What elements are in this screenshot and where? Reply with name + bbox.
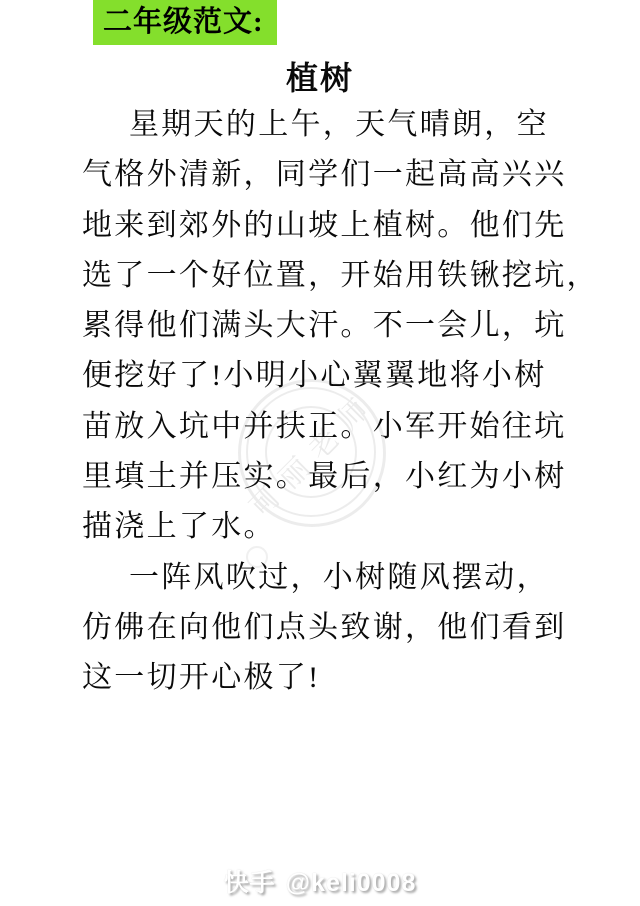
- essay-title: 植树: [0, 53, 640, 99]
- kuaishou-watermark: 快手@keli0008: [0, 863, 640, 899]
- kuaishou-brand-text: 快手: [224, 869, 276, 897]
- essay-line: 地来到郊外的山坡上植树。他们先: [82, 201, 622, 251]
- essay-line: 星期天的上午，天气晴朗，空: [82, 100, 622, 150]
- grade-label-highlight: 二年级范文:: [93, 0, 277, 45]
- kuaishou-handle-text: @keli0008: [286, 869, 417, 897]
- essay-line: 一阵风吹过，小树随风摆动，: [82, 553, 622, 603]
- essay-line: 气格外清新，同学们一起高高兴兴: [82, 150, 622, 200]
- essay-line: 选了一个好位置，开始用铁锹挖坑，: [82, 251, 622, 301]
- essay-line: 便挖好了!小明小心翼翼地将小树: [82, 351, 622, 401]
- essay-line: 仿佛在向他们点头致谢，他们看到: [82, 603, 622, 653]
- essay-line: 累得他们满头大汗。不一会儿，坑: [82, 301, 622, 351]
- grade-label-text: 二年级范文:: [103, 8, 264, 37]
- essay-line: 描浇上了水。: [82, 502, 622, 552]
- essay-line: 里填土并压实。最后，小红为小树: [82, 452, 622, 502]
- essay-body: 星期天的上午，天气晴朗，空气格外清新，同学们一起高高兴兴地来到郊外的山坡上植树。…: [82, 100, 622, 704]
- document-page: 二年级范文: 植树 可丽老师 星期天的上午，天气晴朗，空气格外清新，同学们一起高…: [0, 0, 640, 906]
- essay-line: 苗放入坑中并扶正。小军开始往坑: [82, 402, 622, 452]
- essay-line: 这一切开心极了!: [82, 653, 622, 703]
